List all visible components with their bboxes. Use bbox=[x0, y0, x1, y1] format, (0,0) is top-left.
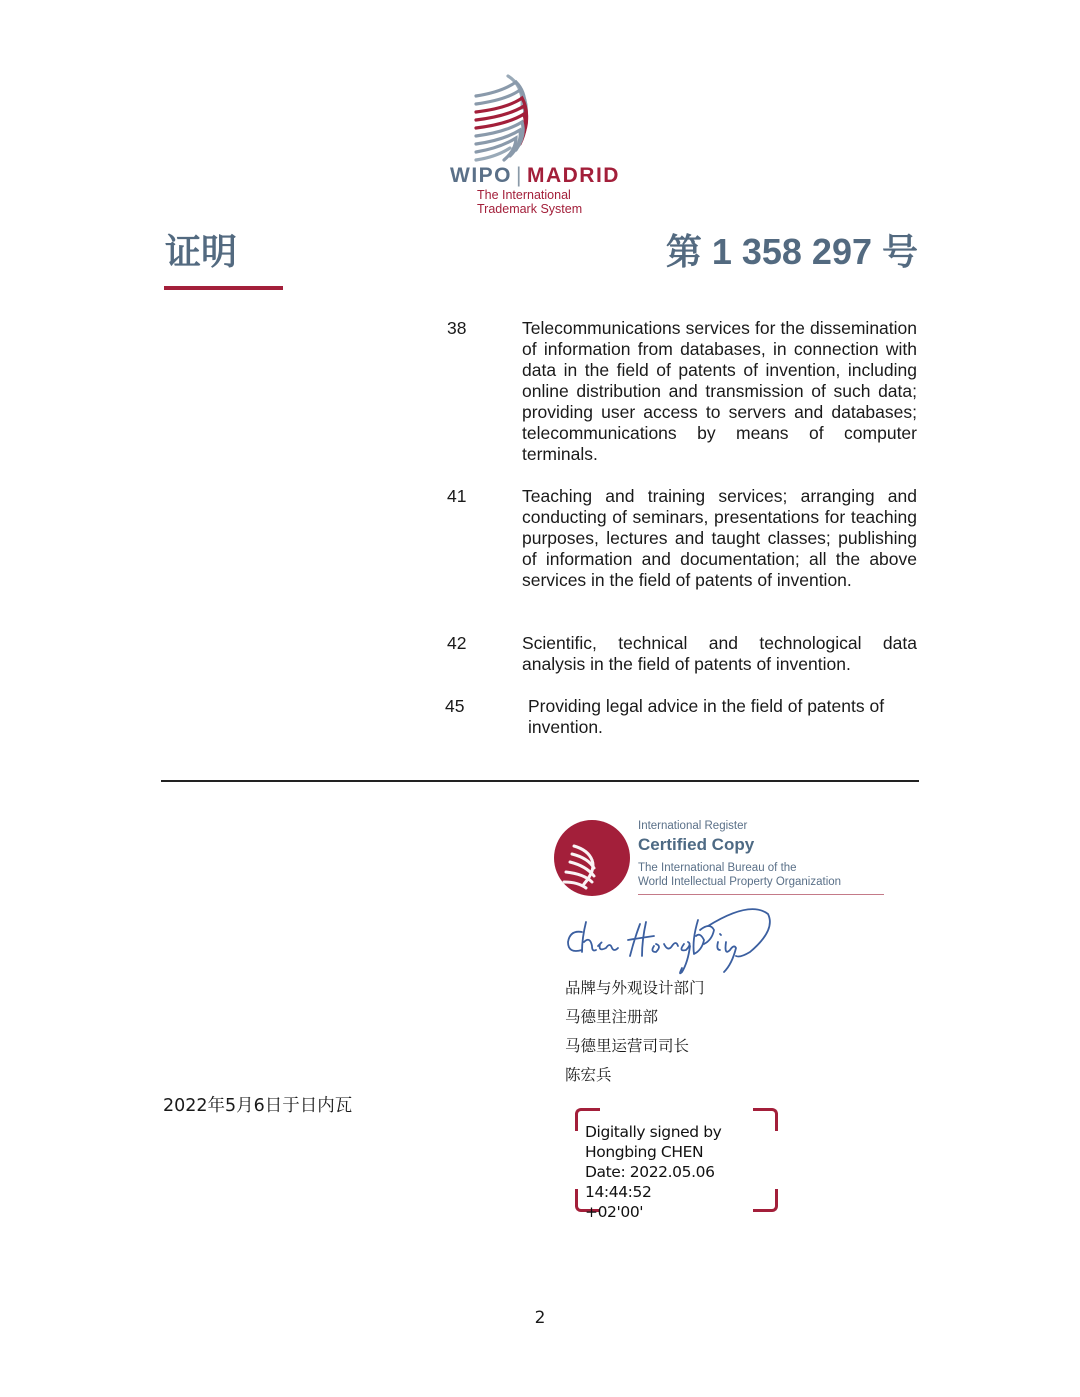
certificate-title: 证明 bbox=[165, 224, 237, 275]
class-number: 38 bbox=[447, 318, 466, 339]
registration-number: 第 1 358 297 号 bbox=[666, 224, 918, 275]
digital-signature-box: Digitally signed by Hongbing CHEN Date: … bbox=[575, 1108, 778, 1212]
class-description: Teaching and training services; arrangin… bbox=[522, 486, 917, 591]
logo-wordmark: WIPO|MADRID bbox=[450, 164, 620, 188]
signatory-division: 马德里注册部 bbox=[565, 1005, 658, 1027]
stamp-register-label: International Register bbox=[638, 820, 747, 832]
signatory-name: 陈宏兵 bbox=[565, 1063, 612, 1085]
stamp-organization: The International Bureau of the World In… bbox=[638, 861, 841, 889]
logo-wipo-text: WIPO bbox=[450, 164, 512, 187]
logo-subtitle: The International Trademark System bbox=[477, 188, 582, 216]
class-description: Telecommunications services for the diss… bbox=[522, 318, 917, 465]
digisig-line: Date: 2022.05.06 14:44:52 bbox=[585, 1162, 778, 1202]
wipo-globe-logo-icon bbox=[472, 72, 532, 164]
title-underline bbox=[164, 286, 283, 290]
stamp-certified-copy-title: Certified Copy bbox=[638, 835, 754, 855]
stamp-org-line2: World Intellectual Property Organization bbox=[638, 875, 841, 889]
section-divider bbox=[161, 780, 919, 782]
stamp-org-line1: The International Bureau of the bbox=[638, 861, 841, 875]
certified-copy-seal-icon bbox=[554, 820, 630, 896]
class-description: Providing legal advice in the field of p… bbox=[528, 696, 902, 738]
signatory-department: 品牌与外观设计部门 bbox=[565, 976, 705, 998]
class-item: 42 Scientific, technical and technologic… bbox=[440, 633, 917, 678]
digital-signature-text: Digitally signed by Hongbing CHEN Date: … bbox=[585, 1122, 778, 1222]
class-item: 38 Telecommunications services for the d… bbox=[440, 318, 917, 468]
logo-subtitle-line1: The International bbox=[477, 188, 582, 202]
class-item: 41 Teaching and training services; arran… bbox=[440, 486, 917, 616]
stamp-rule bbox=[638, 894, 884, 895]
class-item: 45 Providing legal advice in the field o… bbox=[440, 696, 917, 741]
class-number: 41 bbox=[447, 486, 466, 507]
digisig-line: Hongbing CHEN bbox=[585, 1142, 778, 1162]
logo-madrid-text: MADRID bbox=[527, 164, 620, 187]
digisig-line: Digitally signed by bbox=[585, 1122, 778, 1142]
class-description: Scientific, technical and technological … bbox=[522, 633, 917, 675]
page-number: 2 bbox=[0, 1308, 1080, 1328]
logo-separator: | bbox=[516, 164, 523, 187]
issue-date-place: 2022年5月6日于日内瓦 bbox=[163, 1092, 352, 1117]
signatory-title: 马德里运营司司长 bbox=[565, 1034, 689, 1056]
handwritten-signature-icon bbox=[560, 900, 780, 978]
class-number: 45 bbox=[445, 696, 464, 717]
logo-subtitle-line2: Trademark System bbox=[477, 202, 582, 216]
digisig-line: +02'00' bbox=[585, 1202, 778, 1222]
class-number: 42 bbox=[447, 633, 466, 654]
